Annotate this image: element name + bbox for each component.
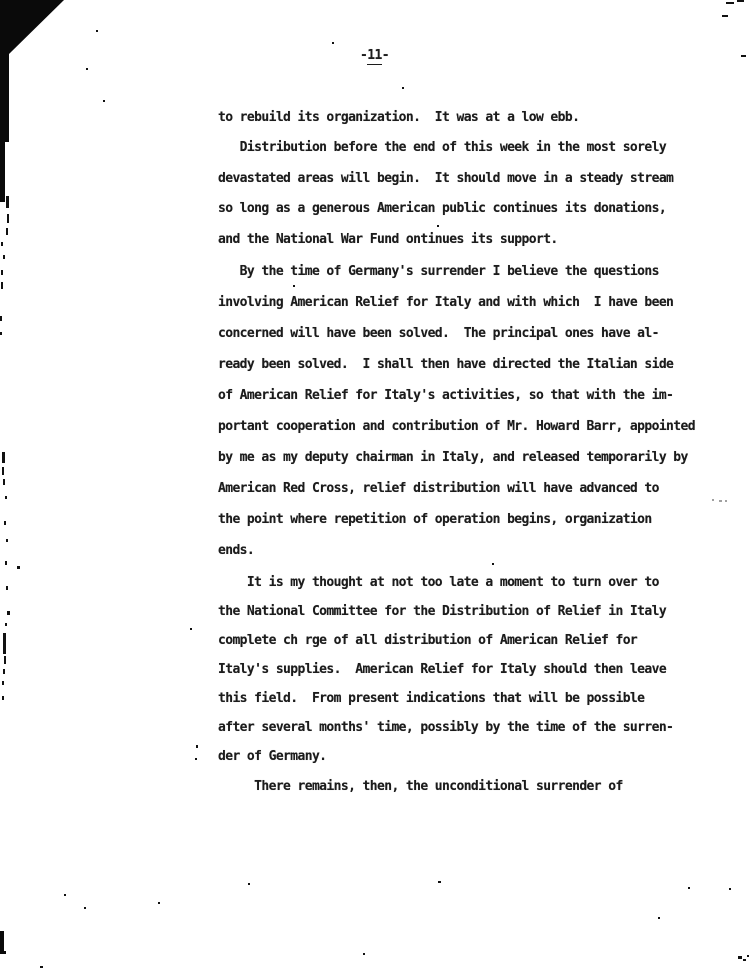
text-line: the point where repetition of operation …	[218, 504, 723, 535]
text-line: and the National War Fund ontinues its s…	[218, 225, 723, 256]
text-line: concerned will have been solved. The pri…	[218, 318, 723, 349]
text-line: By the time of Germany's surrender I bel…	[218, 256, 723, 287]
text-line: of American Relief for Italy's activitie…	[218, 380, 723, 411]
page-number-dash-right: -	[382, 48, 389, 63]
text-line: American Red Cross, relief distribution …	[218, 473, 723, 504]
text-line: by me as my deputy chairman in Italy, an…	[218, 442, 723, 473]
text-line: involving American Relief for Italy and …	[218, 287, 723, 318]
page-number-digits: 11	[367, 48, 381, 65]
paragraph-national-committee: It is my thought at not too late a momen…	[218, 568, 723, 771]
text-line: portant cooperation and contribution of …	[218, 411, 723, 442]
text-line: the National Committee for the Distribut…	[218, 597, 723, 626]
text-line: devastated areas will begin. It should m…	[218, 164, 723, 195]
paragraph-continuation: to rebuild its organization. It was at a…	[218, 103, 723, 134]
text-line: after several months' time, possibly by …	[218, 713, 723, 742]
text-line: so long as a generous American public co…	[218, 194, 723, 225]
paragraph-germany-surrender: By the time of Germany's surrender I bel…	[218, 256, 723, 566]
text-line: It is my thought at not too late a momen…	[218, 568, 723, 597]
paragraph-there-remains: There remains, then, the unconditional s…	[218, 772, 723, 802]
text-line: Italy's supplies. American Relief for It…	[218, 655, 723, 684]
text-line: ready been solved. I shall then have dir…	[218, 349, 723, 380]
paragraph-distribution: Distribution before the end of this week…	[218, 133, 723, 255]
text-line: der of Germany.	[218, 742, 723, 771]
text-line: Distribution before the end of this week…	[218, 133, 723, 164]
text-line: this field. From present indications tha…	[218, 684, 723, 713]
text-line: to rebuild its organization. It was at a…	[218, 103, 723, 134]
page-number: -11-	[360, 48, 389, 64]
text-line: ends.	[218, 535, 723, 566]
scanned-document-page: -11- to rebuild its organization. It was…	[0, 0, 750, 972]
text-line: complete ch rge of all distribution of A…	[218, 626, 723, 655]
text-line: There remains, then, the unconditional s…	[218, 772, 723, 802]
